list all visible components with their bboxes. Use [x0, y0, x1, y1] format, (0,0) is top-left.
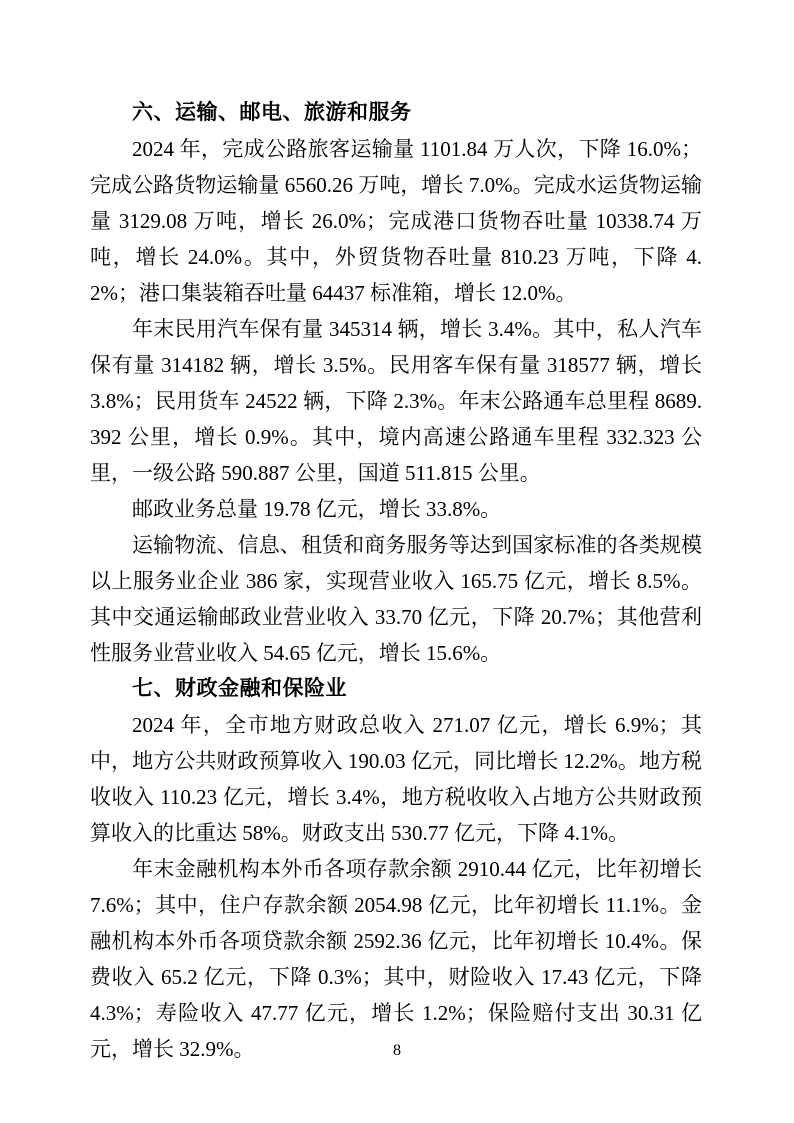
paragraph-service-industry-enterprises: 运输物流、信息、租赁和商务服务等达到国家标准的各类规模以上服务业企业 386 家… — [90, 527, 702, 671]
paragraph-banking-deposits-loans-insurance: 年末金融机构本外币各项存款余额 2910.44 亿元，比年初增长 7.6%；其中… — [90, 851, 702, 1067]
document-content: 六、运输、邮电、旅游和服务 2024 年，完成公路旅客运输量 1101.84 万… — [90, 95, 702, 1067]
paragraph-fiscal-revenue-expenditure: 2024 年，全市地方财政总收入 271.07 亿元，增长 6.9%；其中，地方… — [90, 707, 702, 851]
paragraph-postal-business: 邮政业务总量 19.78 亿元，增长 33.8%。 — [90, 491, 702, 527]
section-heading-finance-and-insurance: 七、财政金融和保险业 — [90, 671, 702, 707]
paragraph-civil-vehicles-and-roads: 年末民用汽车保有量 345314 辆，增长 3.4%。其中，私人汽车保有量 31… — [90, 311, 702, 491]
document-page: 六、运输、邮电、旅游和服务 2024 年，完成公路旅客运输量 1101.84 万… — [0, 0, 794, 1123]
section-heading-transport-post-tourism-services: 六、运输、邮电、旅游和服务 — [90, 95, 702, 131]
page-number: 8 — [0, 1040, 794, 1062]
paragraph-road-water-port-transport: 2024 年，完成公路旅客运输量 1101.84 万人次，下降 16.0%；完成… — [90, 131, 702, 311]
